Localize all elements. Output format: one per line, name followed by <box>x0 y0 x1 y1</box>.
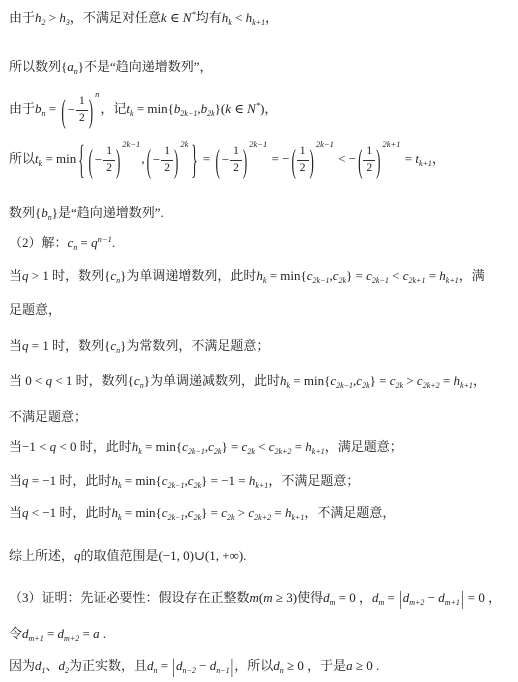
numerator: 1 <box>297 145 309 160</box>
subscript: 2k+2 <box>254 513 271 522</box>
text-run: ，所以 <box>234 658 273 673</box>
math-var: m <box>263 590 272 605</box>
text-run: 当 0 < <box>9 373 46 388</box>
text-run: = 0 ， <box>465 590 502 605</box>
stretch-delimiter: { <box>76 138 86 178</box>
subscript: k+1 <box>460 381 473 390</box>
math-line-18: 因为d1、d2为正实数，且dn = |dn−2 − dn−1|，所以dn ≥ 0… <box>9 656 379 676</box>
text-run: − <box>196 658 210 673</box>
subscript: 2k <box>227 513 235 522</box>
fraction: (−12)2k−1 <box>214 145 267 175</box>
text-run: ，满足题意； <box>325 439 403 454</box>
text-run: ， <box>432 151 445 166</box>
text-run: = <box>402 151 416 166</box>
text-run: < 0 时，此时 <box>56 439 132 454</box>
open-paren-icon: ( <box>146 144 152 177</box>
math-line-13: 当q = −1 时，此时hk = min{c2k−1,c2k} = −1 = h… <box>9 471 359 491</box>
numerator: 1 <box>161 145 173 160</box>
math-line-12: 当−1 < q < 0 时，此时hk = min{c2k−1,c2k} = c2… <box>9 437 403 457</box>
math-line-16: （3）证明：先证必要性：假设存在正整数m(m ≥ 3)使得dm = 0 ，dm … <box>9 588 501 608</box>
denominator: 2 <box>363 160 375 176</box>
math-line-2: 所以数列{an}不是“趋向递增数列”， <box>9 57 213 77</box>
subscript: m+2 <box>409 598 424 607</box>
subscript: 2k−1 <box>188 447 205 456</box>
text-run: } = <box>221 439 241 454</box>
close-paren-icon: ) <box>242 144 248 177</box>
exponent: 2k+1 <box>383 140 401 149</box>
text-run: 不满足题意； <box>9 409 87 424</box>
math-var: N <box>247 101 256 116</box>
text-run: 当 <box>9 268 22 283</box>
math-line-1: 由于h2 > h3，不满足对任意k ∈ N*均有hk < hk+1， <box>9 8 278 28</box>
subscript: 2k−1 <box>168 481 185 490</box>
text-run: 、 <box>46 658 59 673</box>
text-run: − <box>424 590 438 605</box>
text-run: 因为 <box>9 658 35 673</box>
exponent: 2k−1 <box>122 140 140 149</box>
text-run: }是“趋向递增数列”. <box>52 205 164 220</box>
text-run: 所以数列{ <box>9 59 67 74</box>
text-run: = min{ <box>142 439 182 454</box>
text-run: > <box>235 505 249 520</box>
text-run: = <box>271 505 285 520</box>
open-paren-icon: ( <box>357 144 363 177</box>
subscript: 2k−1 <box>336 381 353 390</box>
text-run: 的取值范围是(−1, 0)∪(1, +∞). <box>81 548 247 563</box>
subscript: m+1 <box>29 634 44 643</box>
fraction: (−12)2k <box>146 145 189 175</box>
math-line-6: （2）解：cn = qn−1. <box>9 233 115 253</box>
close-paren-icon: ) <box>309 144 315 177</box>
text-run: = min{ <box>266 268 306 283</box>
fraction-stack: 12 <box>76 95 88 125</box>
text-run: }为单调递增数列，此时 <box>120 268 256 283</box>
math-line-10: 当 0 < q < 1 时，数列{cn}为单调递减数列，此时hk = min{c… <box>9 371 486 391</box>
fraction: (−12)n <box>60 95 99 125</box>
open-paren-icon: ( <box>60 94 66 127</box>
text-run: = 1 时，数列{ <box>29 338 111 353</box>
close-paren-icon: ) <box>115 144 121 177</box>
stretch-delimiter: | <box>398 587 403 607</box>
text-run: = min{ <box>134 101 174 116</box>
subscript: n−2 <box>183 666 196 675</box>
text-run: } = −1 = <box>201 473 249 488</box>
text-run: }为常数列，不满足题意； <box>120 338 269 353</box>
fraction-stack: 12 <box>161 145 173 175</box>
text-run: 当−1 < <box>9 439 50 454</box>
subscript: 2k <box>247 447 255 456</box>
text-run: 当 <box>9 505 22 520</box>
open-paren-icon: ( <box>88 144 94 177</box>
fraction-stack: 12 <box>103 145 115 175</box>
text-run: < <box>255 439 269 454</box>
math-line-14: 当q < −1 时，此时hk = min{c2k−1,c2k} = c2k > … <box>9 503 395 523</box>
text-run: 令 <box>9 626 22 641</box>
denominator: 2 <box>230 160 242 176</box>
denominator: 2 <box>297 160 309 176</box>
subscript: 2k−1 <box>168 513 185 522</box>
open-paren-icon: ( <box>290 144 296 177</box>
subscript: 2k <box>194 513 202 522</box>
text-run: > <box>46 10 60 25</box>
text-run: )， <box>260 101 277 116</box>
text-run: = <box>44 626 58 641</box>
text-run: } = <box>370 373 390 388</box>
text-run: < <box>389 268 403 283</box>
text-run: ，不满足题意； <box>268 473 359 488</box>
close-paren-icon: ) <box>173 144 179 177</box>
text-run: . <box>112 235 115 250</box>
subscript: k+1 <box>252 18 265 27</box>
text-run: ，不满足对任意 <box>70 10 161 25</box>
text-run: = <box>79 626 93 641</box>
fraction-stack: 12 <box>297 145 309 175</box>
minus-sign: − <box>94 150 103 170</box>
subscript: 2k <box>207 109 215 118</box>
text-run: 综上所述， <box>9 548 74 563</box>
text-run: = min{ <box>122 473 162 488</box>
math-line-15: 综上所述，q的取值范围是(−1, 0)∪(1, +∞). <box>9 546 246 566</box>
subscript: 2k <box>362 381 370 390</box>
minus-sign: − <box>221 150 230 170</box>
stretch-delimiter: | <box>171 655 176 675</box>
subscript: k+1 <box>255 481 268 490</box>
text-run: ≥ 3)使得 <box>273 590 323 605</box>
text-run: 当 <box>9 338 22 353</box>
text-run: ，不满足题意， <box>304 505 395 520</box>
text-run: < <box>232 10 246 25</box>
text-run: ∈ <box>231 101 247 116</box>
subscript: 2k <box>396 381 404 390</box>
text-run: = <box>291 439 305 454</box>
text-run: = min{ <box>290 373 330 388</box>
text-run: 当 <box>9 473 22 488</box>
text-run: ≥ 0 . <box>353 658 380 673</box>
subscript: n−1 <box>216 666 229 675</box>
text-run: 由于 <box>9 10 35 25</box>
text-run: 均有 <box>196 10 222 25</box>
open-paren-icon: ( <box>214 144 220 177</box>
text-run: = <box>158 658 172 673</box>
numerator: 1 <box>76 95 88 110</box>
exponent: n <box>95 90 99 99</box>
text-run: , <box>141 151 144 166</box>
subscript: k+1 <box>312 447 325 456</box>
subscript: k+1 <box>446 276 459 285</box>
text-run: = <box>46 101 60 116</box>
text-run: = <box>200 151 214 166</box>
text-run: = 0 ， <box>335 590 372 605</box>
minus-sign: − <box>152 150 161 170</box>
math-line-8: 足题意， <box>9 300 61 320</box>
close-paren-icon: ) <box>375 144 381 177</box>
subscript: 2k−1 <box>372 276 389 285</box>
subscript: m+2 <box>64 634 79 643</box>
subscript: m+1 <box>445 598 460 607</box>
text-run: = <box>384 590 398 605</box>
text-run: ， <box>265 10 278 25</box>
text-run: 由于 <box>9 101 35 116</box>
text-run: ，记 <box>100 101 126 116</box>
numerator: 1 <box>230 145 242 160</box>
text-run: < −1 时，此时 <box>29 505 112 520</box>
text-run: < 1 时，数列{ <box>52 373 134 388</box>
text-run: ， <box>473 373 486 388</box>
text-run: 足题意， <box>9 302 61 317</box>
close-paren-icon: ) <box>88 94 94 127</box>
fraction-stack: 12 <box>230 145 242 175</box>
text-run: （2）解： <box>9 235 68 250</box>
text-run: = −1 时，此时 <box>29 473 112 488</box>
document-page: 由于h2 > h3，不满足对任意k ∈ N*均有hk < hk+1，所以数列{a… <box>0 0 518 682</box>
text-run: ∈ <box>167 10 183 25</box>
text-run: = min{ <box>122 505 162 520</box>
numerator: 1 <box>103 145 115 160</box>
text-run: 所以 <box>9 151 35 166</box>
minus-sign: − <box>67 100 76 120</box>
fraction: (−12)2k−1 <box>88 145 141 175</box>
text-run: }为单调递减数列，此时 <box>144 373 280 388</box>
text-run: = <box>77 235 91 250</box>
numerator: 1 <box>363 145 375 160</box>
denominator: 2 <box>161 160 173 176</box>
text-run: > <box>403 373 417 388</box>
exponent: 2k−1 <box>316 140 334 149</box>
math-line-7: 当q > 1 时，数列{cn}为单调递增数列，此时hk = min{c2k−1,… <box>9 266 485 286</box>
subscript: k+1 <box>291 513 304 522</box>
text-run: 为正实数，且 <box>69 658 147 673</box>
text-run: }不是“趋向递增数列”， <box>78 59 213 74</box>
text-run: = <box>425 268 439 283</box>
exponent: 2k <box>180 140 188 149</box>
text-run: （3）证明：先证必要性：假设存在正整数 <box>9 590 250 605</box>
text-run: = − <box>268 151 289 166</box>
stretch-delimiter: } <box>189 138 199 178</box>
superscript: n−1 <box>98 234 112 244</box>
text-run: } = <box>346 268 366 283</box>
subscript: 2k+1 <box>409 276 426 285</box>
fraction-stack: 12 <box>363 145 375 175</box>
fraction: (12)2k−1 <box>290 145 333 175</box>
stretch-delimiter: | <box>460 587 465 607</box>
subscript: 2k+2 <box>423 381 440 390</box>
text-run: }( <box>215 101 226 116</box>
denominator: 2 <box>103 160 115 176</box>
subscript: k+1 <box>419 159 432 168</box>
math-line-11: 不满足题意； <box>9 407 87 427</box>
text-run: = min <box>42 151 76 166</box>
subscript: 2k−1 <box>180 109 197 118</box>
math-var: m <box>250 590 259 605</box>
stretch-delimiter: | <box>230 655 235 675</box>
math-line-4: 所以tk = min{(−12)2k−1,(−12)2k} = (−12)2k−… <box>9 145 445 175</box>
subscript: 2k <box>194 481 202 490</box>
subscript: 2k+2 <box>275 447 292 456</box>
subscript: 2k−1 <box>313 276 330 285</box>
text-run: > 1 时，数列{ <box>29 268 111 283</box>
math-line-17: 令dm+1 = dm+2 = a . <box>9 624 106 644</box>
text-run: ，满 <box>459 268 485 283</box>
math-line-9: 当q = 1 时，数列{cn}为常数列，不满足题意； <box>9 336 269 356</box>
text-run: } = <box>201 505 221 520</box>
text-run: . <box>100 626 107 641</box>
subscript: 2k <box>339 276 347 285</box>
math-line-5: 数列{bn}是“趋向递增数列”. <box>9 203 164 223</box>
denominator: 2 <box>76 110 88 126</box>
math-line-3: 由于bn = (−12)n，记tk = min{b2k−1,b2k}(k ∈ N… <box>9 95 277 125</box>
text-run: = <box>440 373 454 388</box>
exponent: 2k−1 <box>249 140 267 149</box>
text-run: < − <box>335 151 356 166</box>
fraction: (12)2k+1 <box>357 145 400 175</box>
text-run: 数列{ <box>9 205 41 220</box>
text-run: ≥ 0 ，于是 <box>284 658 346 673</box>
